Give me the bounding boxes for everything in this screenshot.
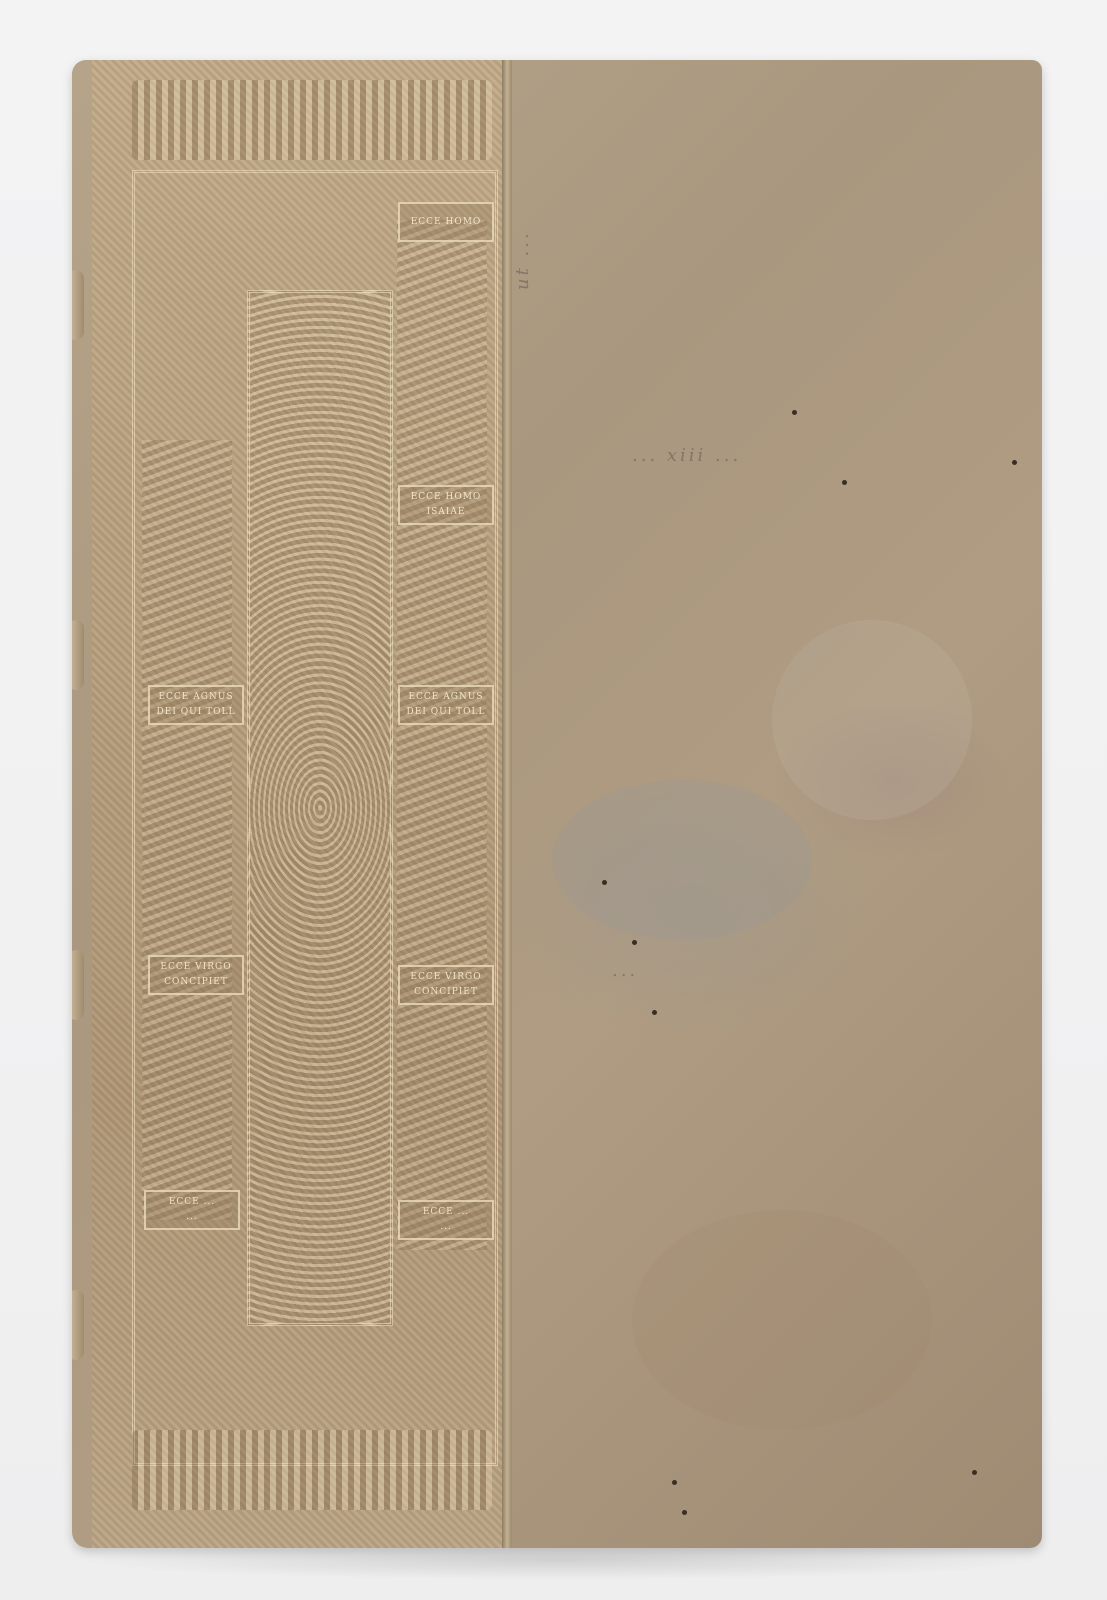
stamp-text: ... <box>146 1210 238 1225</box>
spine-band <box>72 270 84 340</box>
stamp-cartouche: ECCE AGNUS DEI QUI TOLL <box>148 685 244 725</box>
worm-hole <box>792 410 797 415</box>
stamp-text: ECCE ... <box>146 1195 238 1210</box>
worm-hole <box>1012 460 1017 465</box>
stamp-text: ... <box>400 1220 492 1235</box>
worm-hole <box>602 880 607 885</box>
manuscript-text: ... <box>612 960 638 981</box>
stamp-cartouche: ECCE AGNUS DEI QUI TOLL <box>398 685 494 725</box>
stamp-cartouche: ECCE HOMO <box>398 202 494 242</box>
stamp-text: CONCIPIET <box>150 975 242 990</box>
worm-hole <box>842 480 847 485</box>
stamp-cartouche: ECCE ... ... <box>398 1200 494 1240</box>
spine-band <box>72 620 84 690</box>
stamp-text: ISAIAE <box>400 505 492 520</box>
stamp-text: ECCE AGNUS <box>150 690 242 705</box>
stamp-text: ECCE HOMO <box>400 490 492 505</box>
figure-roll-right <box>397 220 487 1250</box>
stamp-cartouche: ECCE HOMO ISAIAE <box>398 485 494 525</box>
figure-roll-left <box>142 440 232 1220</box>
worm-hole <box>632 940 637 945</box>
flap-fold-edge <box>502 60 512 1548</box>
spine-band <box>72 1290 84 1360</box>
manuscript-text: ut ... <box>512 230 533 290</box>
book-cover: ECCE HOMO ECCE HOMO ISAIAE ECCE AGNUS DE… <box>72 60 1042 1548</box>
stamp-text: ECCE ... <box>400 1205 492 1220</box>
stamp-text: ECCE VIRGO <box>400 970 492 985</box>
stamped-panel: ECCE HOMO ECCE HOMO ISAIAE ECCE AGNUS DE… <box>92 60 512 1548</box>
stamp-text: ECCE VIRGO <box>150 960 242 975</box>
manuscript-text: ... xiii ... <box>632 445 741 466</box>
brown-stain <box>632 1210 932 1430</box>
stamp-cartouche: ECCE VIRGO CONCIPIET <box>398 965 494 1005</box>
spine-band <box>72 950 84 1020</box>
worm-hole <box>652 1010 657 1015</box>
stamp-cartouche: ECCE ... ... <box>144 1190 240 1230</box>
light-patch <box>772 620 972 820</box>
worm-hole <box>972 1470 977 1475</box>
worm-hole <box>672 1480 677 1485</box>
stamp-text: ECCE AGNUS <box>400 690 492 705</box>
stamp-text: ECCE HOMO <box>400 215 492 230</box>
stamp-text: DEI QUI TOLL <box>150 705 242 720</box>
ornamental-roll-top <box>132 80 492 160</box>
stamp-text: DEI QUI TOLL <box>400 705 492 720</box>
inner-floral-panel <box>247 290 393 1326</box>
ornamental-roll-bottom <box>132 1430 492 1510</box>
worm-hole <box>682 1510 687 1515</box>
stamp-text: CONCIPIET <box>400 985 492 1000</box>
water-stain <box>552 780 812 940</box>
stamp-cartouche: ECCE VIRGO CONCIPIET <box>148 955 244 995</box>
